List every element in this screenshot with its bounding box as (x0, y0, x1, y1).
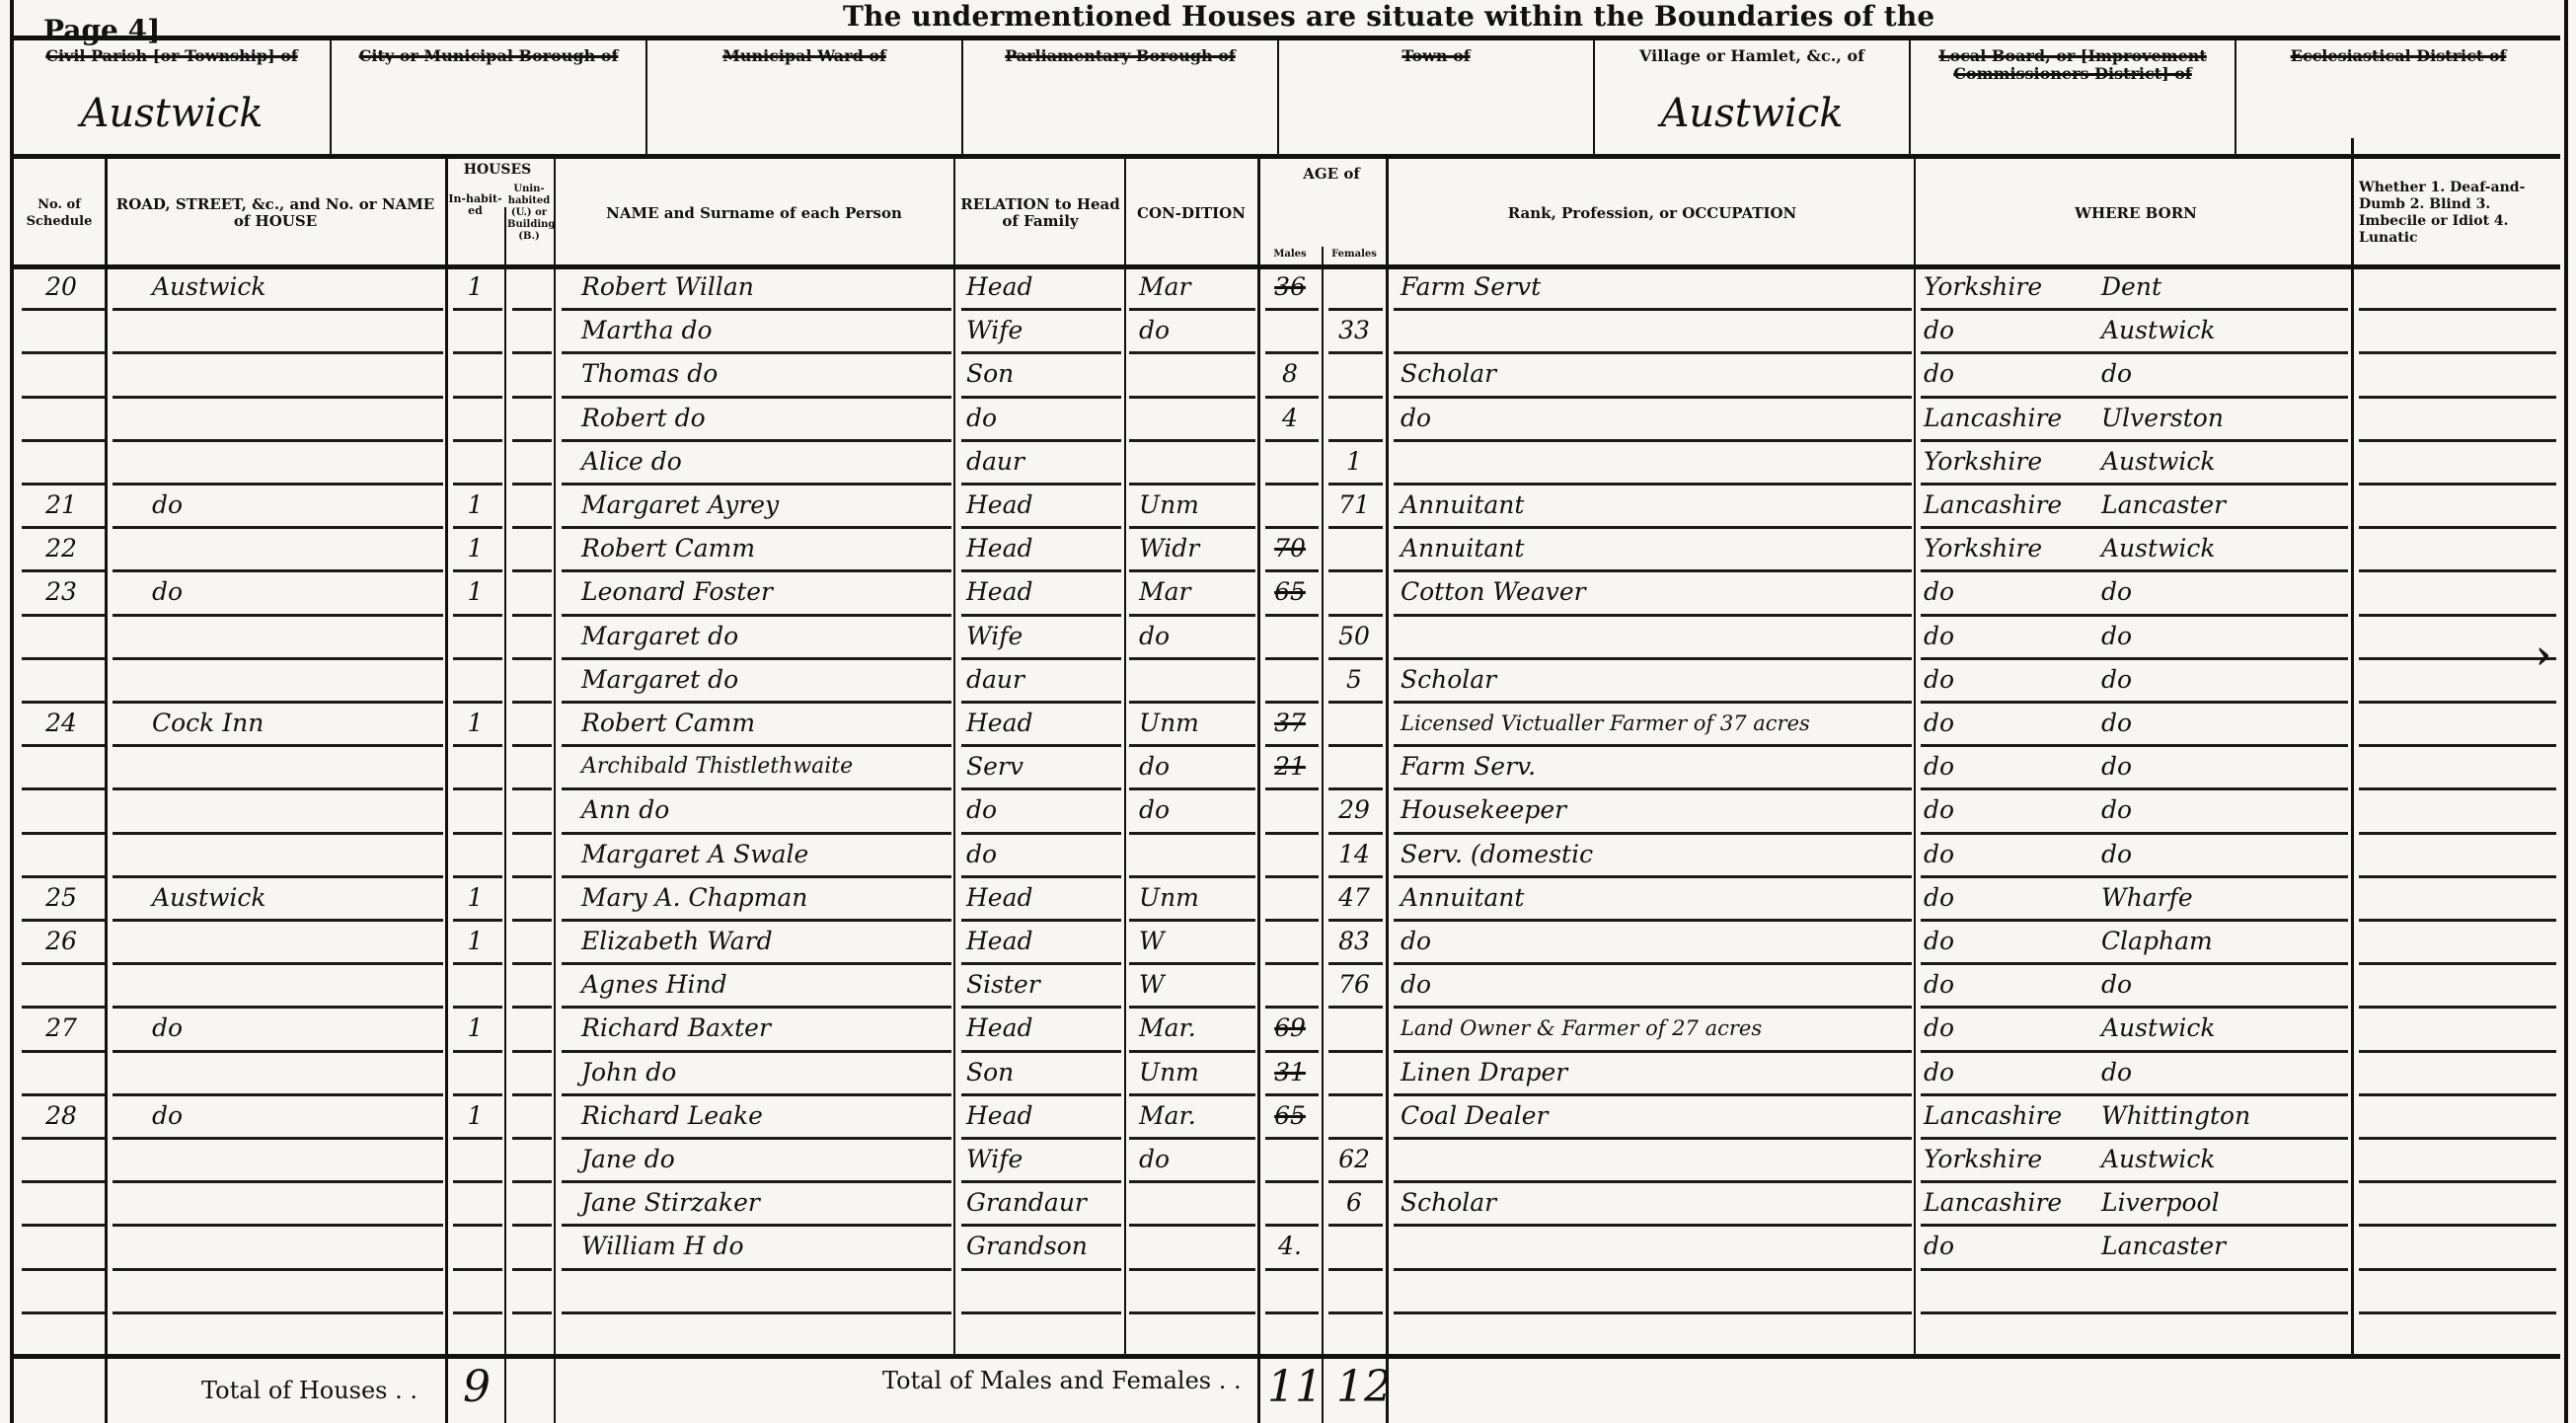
occupation-cell: Scholar (1401, 359, 1909, 389)
born-place-cell: Austwick (2101, 1145, 2348, 1174)
col-schedule: No. of Schedule (14, 160, 105, 266)
occupation-cell: Annuitant (1401, 534, 1909, 563)
female-age-cell: 83 (1325, 927, 1384, 956)
boundary-label: Village or Hamlet, &c., of (1595, 47, 1909, 65)
relation-cell: Head (966, 709, 1119, 738)
occupation-cell: do (1401, 970, 1909, 1000)
boundary-box: Municipal Ward of (645, 39, 961, 156)
female-age-cell: 33 (1325, 316, 1384, 345)
born-place-cell: do (2101, 840, 2348, 869)
born-place-cell: do (2101, 359, 2348, 389)
boundary-value: Austwick (14, 91, 330, 136)
born-county-cell: do (1924, 1232, 2091, 1261)
inhabited-cell: 1 (448, 272, 502, 302)
male-age-cell: 4. (1260, 1232, 1320, 1261)
name-cell: Mary A. Chapman (581, 883, 951, 913)
relation-cell: daur (966, 665, 1119, 695)
road-cell: Cock Inn (152, 709, 438, 738)
occupation-cell: do (1401, 927, 1909, 956)
boundary-label: Ecclesiastical District of (2236, 47, 2560, 65)
boundary-label: City or Municipal Borough of (332, 47, 645, 65)
relation-cell: Head (966, 577, 1119, 607)
relation-cell: Grandaur (966, 1188, 1119, 1218)
name-cell: Richard Baxter (581, 1013, 951, 1043)
col-males: Males (1260, 249, 1320, 261)
male-age-cell: 69 (1260, 1013, 1320, 1043)
condition-cell: do (1139, 752, 1252, 782)
occupation-cell: Linen Draper (1401, 1058, 1909, 1087)
schedule-cell: 20 (22, 272, 101, 302)
female-age-cell: 1 (1325, 447, 1384, 477)
born-county-cell: Lancashire (1924, 1101, 2091, 1131)
col-name: NAME and Surname of each Person (557, 160, 951, 266)
born-county-cell: do (1924, 1058, 2091, 1087)
inhabited-cell: 1 (448, 709, 502, 738)
name-cell: Margaret A Swale (581, 840, 951, 869)
name-cell: Margaret do (581, 622, 951, 651)
relation-cell: daur (966, 447, 1119, 477)
name-cell: Robert do (581, 404, 951, 433)
female-age-cell: 29 (1325, 795, 1384, 825)
name-cell: Richard Leake (581, 1101, 951, 1131)
name-cell: Ann do (581, 795, 951, 825)
female-age-cell: 62 (1325, 1145, 1384, 1174)
name-cell: Alice do (581, 447, 951, 477)
female-age-cell: 50 (1325, 622, 1384, 651)
inhabited-cell: 1 (448, 490, 502, 520)
occupation-cell: Annuitant (1401, 883, 1909, 913)
condition-cell: Widr (1139, 534, 1252, 563)
relation-cell: Grandson (966, 1232, 1119, 1261)
name-cell: Margaret Ayrey (581, 490, 951, 520)
road-cell: Austwick (152, 883, 438, 913)
col-uninhabited: Unin-habited (U.) or Building (B.) (507, 184, 551, 243)
boundary-label: Municipal Ward of (647, 47, 961, 65)
occupation-cell: Farm Serv. (1401, 752, 1909, 782)
male-age-cell: 37 (1260, 709, 1320, 738)
total-males-value: 11 (1267, 1362, 1323, 1412)
condition-cell: do (1139, 1145, 1252, 1174)
relation-cell: do (966, 404, 1119, 433)
born-place-cell: do (2101, 665, 2348, 695)
born-place-cell: Wharfe (2101, 883, 2348, 913)
relation-cell: Sister (966, 970, 1119, 1000)
name-cell: Jane Stirzaker (581, 1188, 951, 1218)
female-age-cell: 5 (1325, 665, 1384, 695)
name-cell: Agnes Hind (581, 970, 951, 1000)
relation-cell: do (966, 795, 1119, 825)
col-relation: RELATION to Head of Family (956, 160, 1124, 266)
female-age-cell: 71 (1325, 490, 1384, 520)
relation-cell: Head (966, 534, 1119, 563)
occupation-cell: Cotton Weaver (1401, 577, 1909, 607)
boundary-label: Town of (1279, 47, 1593, 65)
col-condition: CON-DITION (1127, 160, 1255, 266)
inhabited-cell: 1 (448, 1101, 502, 1131)
inhabited-cell: 1 (448, 1013, 502, 1043)
occupation-cell: do (1401, 404, 1909, 433)
schedule-cell: 24 (22, 709, 101, 738)
condition-cell: do (1139, 622, 1252, 651)
born-county-cell: do (1924, 795, 2091, 825)
relation-cell: Head (966, 1101, 1119, 1131)
relation-cell: Wife (966, 316, 1119, 345)
col-age: AGE of (1272, 168, 1391, 180)
schedule-cell: 27 (22, 1013, 101, 1043)
road-cell: do (152, 1013, 438, 1043)
name-cell: Elizabeth Ward (581, 927, 951, 956)
occupation-cell: Scholar (1401, 665, 1909, 695)
name-cell: Robert Willan (581, 272, 951, 302)
road-cell: do (152, 1101, 438, 1131)
male-age-cell: 65 (1260, 577, 1320, 607)
name-cell: Jane do (581, 1145, 951, 1174)
col-where-born: WHERE BORN (1919, 160, 2353, 266)
col-females: Females (1325, 249, 1384, 261)
relation-cell: do (966, 840, 1119, 869)
occupation-cell: Land Owner & Farmer of 27 acres (1401, 1013, 1909, 1043)
col-inhabited: In-habit-ed (448, 193, 502, 217)
born-place-cell: Lancaster (2101, 490, 2348, 520)
born-county-cell: do (1924, 316, 2091, 345)
relation-cell: Head (966, 1013, 1119, 1043)
total-houses-value: 9 (463, 1362, 491, 1412)
schedule-cell: 21 (22, 490, 101, 520)
male-age-cell: 31 (1260, 1058, 1320, 1087)
occupation-cell: Farm Servt (1401, 272, 1909, 302)
male-age-cell: 65 (1260, 1101, 1320, 1131)
born-place-cell: Austwick (2101, 534, 2348, 563)
relation-cell: Head (966, 927, 1119, 956)
total-persons-label: Total of Males and Females . . (882, 1367, 1242, 1394)
condition-cell: Unm (1139, 1058, 1252, 1087)
boundary-label: Parliamentary Borough of (963, 47, 1277, 65)
born-county-cell: Lancashire (1924, 490, 2091, 520)
relation-cell: Head (966, 272, 1119, 302)
born-county-cell: Lancashire (1924, 1188, 2091, 1218)
col-houses: HOUSES (448, 164, 547, 176)
boundary-box: Civil Parish [or Township] ofAustwick (14, 39, 330, 156)
condition-cell: Mar. (1139, 1013, 1252, 1043)
col-occupation: Rank, Profession, or OCCUPATION (1391, 160, 1914, 266)
born-county-cell: do (1924, 752, 2091, 782)
total-females-value: 12 (1336, 1362, 1392, 1412)
born-place-cell: do (2101, 709, 2348, 738)
name-cell: Thomas do (581, 359, 951, 389)
schedule-cell: 25 (22, 883, 101, 913)
female-age-cell: 76 (1325, 970, 1384, 1000)
total-houses-label: Total of Houses . . (201, 1377, 417, 1404)
col-infirmity: Whether 1. Deaf-and-Dumb 2. Blind 3. Imb… (2355, 160, 2560, 266)
name-cell: Robert Camm (581, 709, 951, 738)
name-cell: Leonard Foster (581, 577, 951, 607)
born-place-cell: do (2101, 795, 2348, 825)
born-place-cell: Lancaster (2101, 1232, 2348, 1261)
female-age-cell: 47 (1325, 883, 1384, 913)
condition-cell: Mar (1139, 577, 1252, 607)
relation-cell: Head (966, 490, 1119, 520)
road-cell: do (152, 490, 438, 520)
born-county-cell: Yorkshire (1924, 272, 2091, 302)
occupation-cell: Scholar (1401, 1188, 1909, 1218)
born-county-cell: do (1924, 622, 2091, 651)
name-cell: Margaret do (581, 665, 951, 695)
male-age-cell: 4 (1260, 404, 1320, 433)
relation-cell: Son (966, 1058, 1119, 1087)
born-county-cell: do (1924, 927, 2091, 956)
occupation-cell: Licensed Victualler Farmer of 37 acres (1401, 709, 1909, 738)
occupation-cell: Housekeeper (1401, 795, 1909, 825)
born-county-cell: Yorkshire (1924, 1145, 2091, 1174)
female-age-cell: 14 (1325, 840, 1384, 869)
schedule-cell: 26 (22, 927, 101, 956)
born-county-cell: do (1924, 359, 2091, 389)
male-age-cell: 36 (1260, 272, 1320, 302)
born-place-cell: Dent (2101, 272, 2348, 302)
relation-cell: Wife (966, 1145, 1119, 1174)
col-road: ROAD, STREET, &c., and No. or NAME of HO… (108, 160, 443, 266)
born-county-cell: Yorkshire (1924, 447, 2091, 477)
page-edge-arrow-icon: › (2536, 632, 2551, 678)
condition-cell: Unm (1139, 883, 1252, 913)
born-county-cell: do (1924, 1013, 2091, 1043)
born-county-cell: do (1924, 840, 2091, 869)
born-place-cell: Whittington (2101, 1101, 2348, 1131)
born-place-cell: Ulverston (2101, 404, 2348, 433)
inhabited-cell: 1 (448, 577, 502, 607)
occupation-cell: Coal Dealer (1401, 1101, 1909, 1131)
male-age-cell: 21 (1260, 752, 1320, 782)
relation-cell: Serv (966, 752, 1119, 782)
boundary-box: Local Board, or [Improvement Commissione… (1909, 39, 2235, 156)
inhabited-cell: 1 (448, 534, 502, 563)
road-cell: do (152, 577, 438, 607)
condition-cell: W (1139, 927, 1252, 956)
born-county-cell: do (1924, 665, 2091, 695)
condition-cell: Unm (1139, 709, 1252, 738)
page-heading: The undermentioned Houses are situate wi… (843, 0, 1934, 33)
boundary-box: City or Municipal Borough of (330, 39, 645, 156)
schedule-cell: 28 (22, 1101, 101, 1131)
boundary-box: Ecclesiastical District of (2235, 39, 2560, 156)
boundary-label: Civil Parish [or Township] of (14, 47, 330, 65)
condition-cell: Mar. (1139, 1101, 1252, 1131)
schedule-cell: 23 (22, 577, 101, 607)
born-place-cell: Clapham (2101, 927, 2348, 956)
condition-cell: W (1139, 970, 1252, 1000)
male-age-cell: 8 (1260, 359, 1320, 389)
born-place-cell: do (2101, 752, 2348, 782)
boundary-box: Village or Hamlet, &c., ofAustwick (1593, 39, 1909, 156)
road-cell: Austwick (152, 272, 438, 302)
born-place-cell: do (2101, 577, 2348, 607)
male-age-cell: 70 (1260, 534, 1320, 563)
born-place-cell: do (2101, 970, 2348, 1000)
name-cell: Robert Camm (581, 534, 951, 563)
name-cell: William H do (581, 1232, 951, 1261)
born-county-cell: do (1924, 577, 2091, 607)
census-page: Page 4] The undermentioned Houses are si… (10, 0, 2568, 1423)
born-place-cell: do (2101, 622, 2348, 651)
condition-cell: Unm (1139, 490, 1252, 520)
born-place-cell: Liverpool (2101, 1188, 2348, 1218)
relation-cell: Wife (966, 622, 1119, 651)
born-place-cell: Austwick (2101, 316, 2348, 345)
relation-cell: Head (966, 883, 1119, 913)
condition-cell: do (1139, 316, 1252, 345)
born-place-cell: Austwick (2101, 447, 2348, 477)
boundary-box: Town of (1277, 39, 1593, 156)
born-place-cell: do (2101, 1058, 2348, 1087)
born-county-cell: do (1924, 970, 2091, 1000)
inhabited-cell: 1 (448, 883, 502, 913)
born-place-cell: Austwick (2101, 1013, 2348, 1043)
inhabited-cell: 1 (448, 927, 502, 956)
schedule-cell: 22 (22, 534, 101, 563)
condition-cell: do (1139, 795, 1252, 825)
occupation-cell: Serv. (domestic (1401, 840, 1909, 869)
name-cell: Martha do (581, 316, 951, 345)
born-county-cell: Lancashire (1924, 404, 2091, 433)
boundary-value: Austwick (1595, 91, 1909, 136)
occupation-cell: Annuitant (1401, 490, 1909, 520)
relation-cell: Son (966, 359, 1119, 389)
born-county-cell: Yorkshire (1924, 534, 2091, 563)
born-county-cell: do (1924, 709, 2091, 738)
name-cell: John do (581, 1058, 951, 1087)
name-cell: Archibald Thistlethwaite (581, 752, 951, 782)
boundary-label: Local Board, or [Improvement Commissione… (1911, 47, 2235, 83)
condition-cell: Mar (1139, 272, 1252, 302)
boundary-box: Parliamentary Borough of (961, 39, 1277, 156)
female-age-cell: 6 (1325, 1188, 1384, 1218)
born-county-cell: do (1924, 883, 2091, 913)
